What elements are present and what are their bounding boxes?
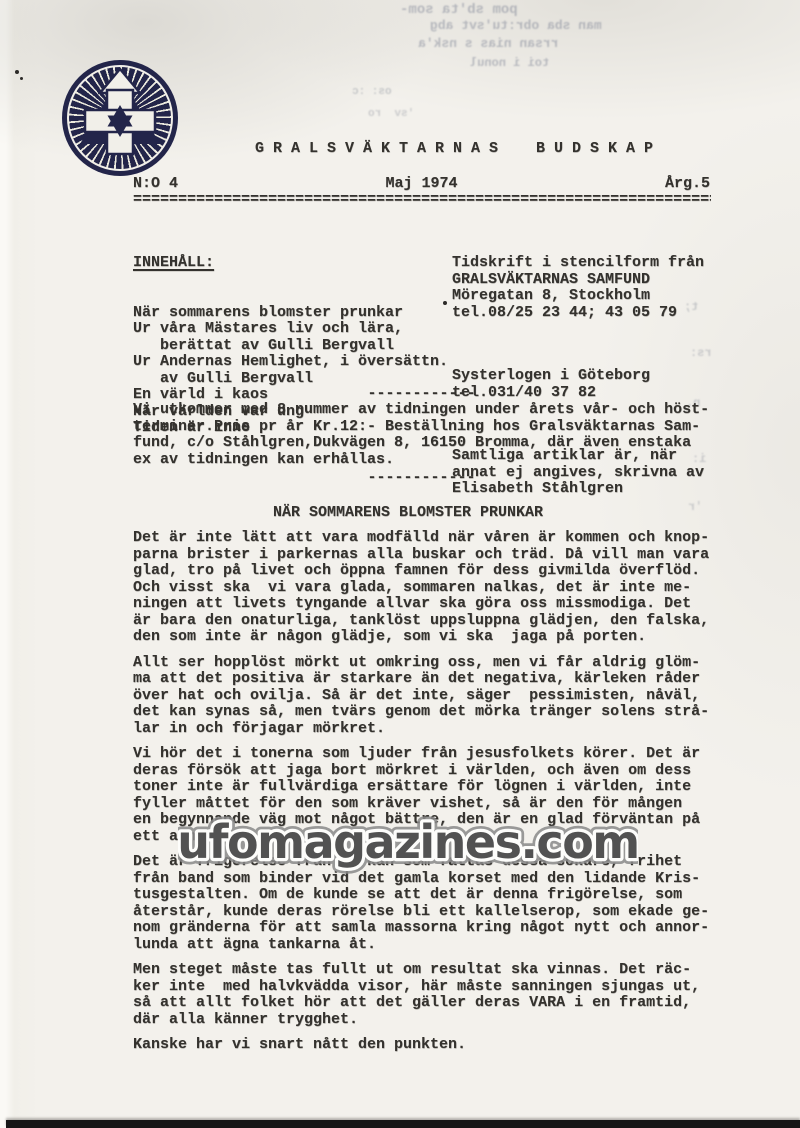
scan-bottom-edge — [6, 1120, 800, 1128]
article-paragraph: Vi hör det i tonerna som ljuder från jes… — [133, 746, 718, 845]
article-paragraph: Men steget måste tas fullt ut om resulta… — [133, 962, 718, 1028]
bleedthrough-text: 'sv ro — [368, 108, 414, 120]
article-heading: NÄR SOMMARENS BLOMSTER PRUNKAR — [133, 505, 683, 522]
bleedthrough-text: toi i nonul — [470, 56, 549, 70]
newsletter-title: GRALSVÄKTARNAS BUDSKAP — [170, 141, 747, 158]
ink-speck — [20, 77, 23, 80]
cross-star-rays-emblem-icon — [62, 60, 178, 176]
issue-volume: Årg.5 — [665, 176, 710, 193]
issue-date: Maj 1974 — [133, 176, 710, 193]
bleedthrough-text: man sba obr:tu'svt abg — [430, 18, 602, 33]
bleedthrough-text: pom sb'ta som- — [400, 2, 518, 18]
publisher-info: Tidskrift i stencilform från GRALSVÄKTAR… — [452, 255, 712, 321]
article-paragraph: Allt ser hopplöst mörkt ut omkring oss, … — [133, 655, 718, 738]
bleedthrough-text: rrsan nias s nsk'a — [418, 36, 558, 51]
article-paragraph: Det är inte lätt att vara modfälld när v… — [133, 530, 718, 646]
ink-speck — [15, 70, 19, 74]
colophon-block: Tidskrift i stencilform från GRALSVÄKTAR… — [452, 222, 712, 545]
article-paragraph: Kanske har vi snart nått den punkten. — [133, 1037, 718, 1054]
subscription-notice: Vi utkommer med 8 nummer av tidningen un… — [133, 402, 713, 468]
dashed-divider: ------------ — [133, 470, 710, 487]
article-body: Det är inte lätt att vara modfälld när v… — [133, 530, 718, 1063]
article-paragraph: Det är frigörelse från kyrkan som fattas… — [133, 854, 718, 953]
bleedthrough-text: os: :c — [352, 86, 392, 98]
double-rule: ========================================… — [133, 192, 711, 209]
contents-heading: INNEHÅLL: — [133, 255, 449, 272]
scanned-newsletter-page: pom sb'ta som- man sba obr:tu'svt abg rr… — [0, 0, 800, 1128]
grail-emblem-logo — [62, 60, 178, 176]
